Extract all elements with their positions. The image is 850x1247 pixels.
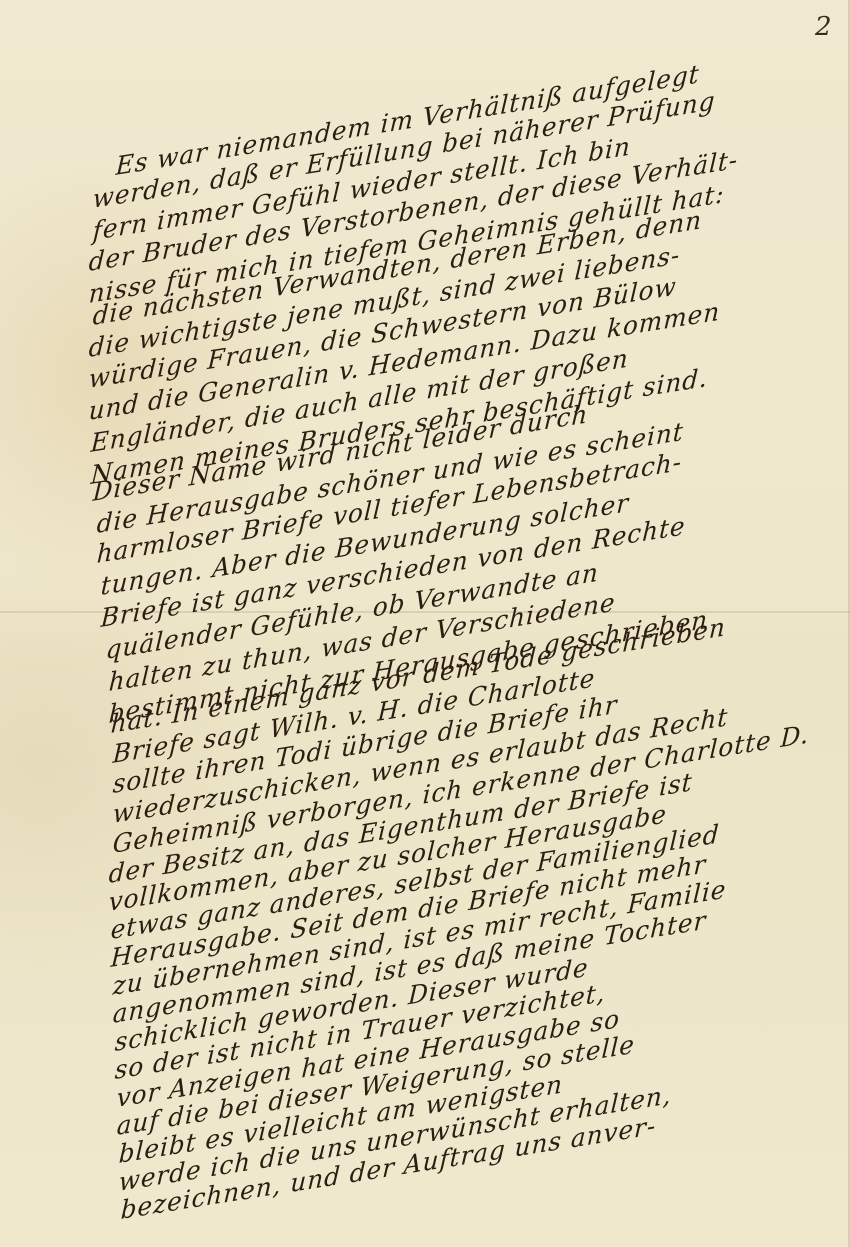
handwritten-text-body: Es war niemandem im Verhältniß aufgelegt… [0, 0, 850, 1247]
manuscript-page: 2 Es war niemandem im Verhältniß aufgele… [0, 0, 850, 1247]
